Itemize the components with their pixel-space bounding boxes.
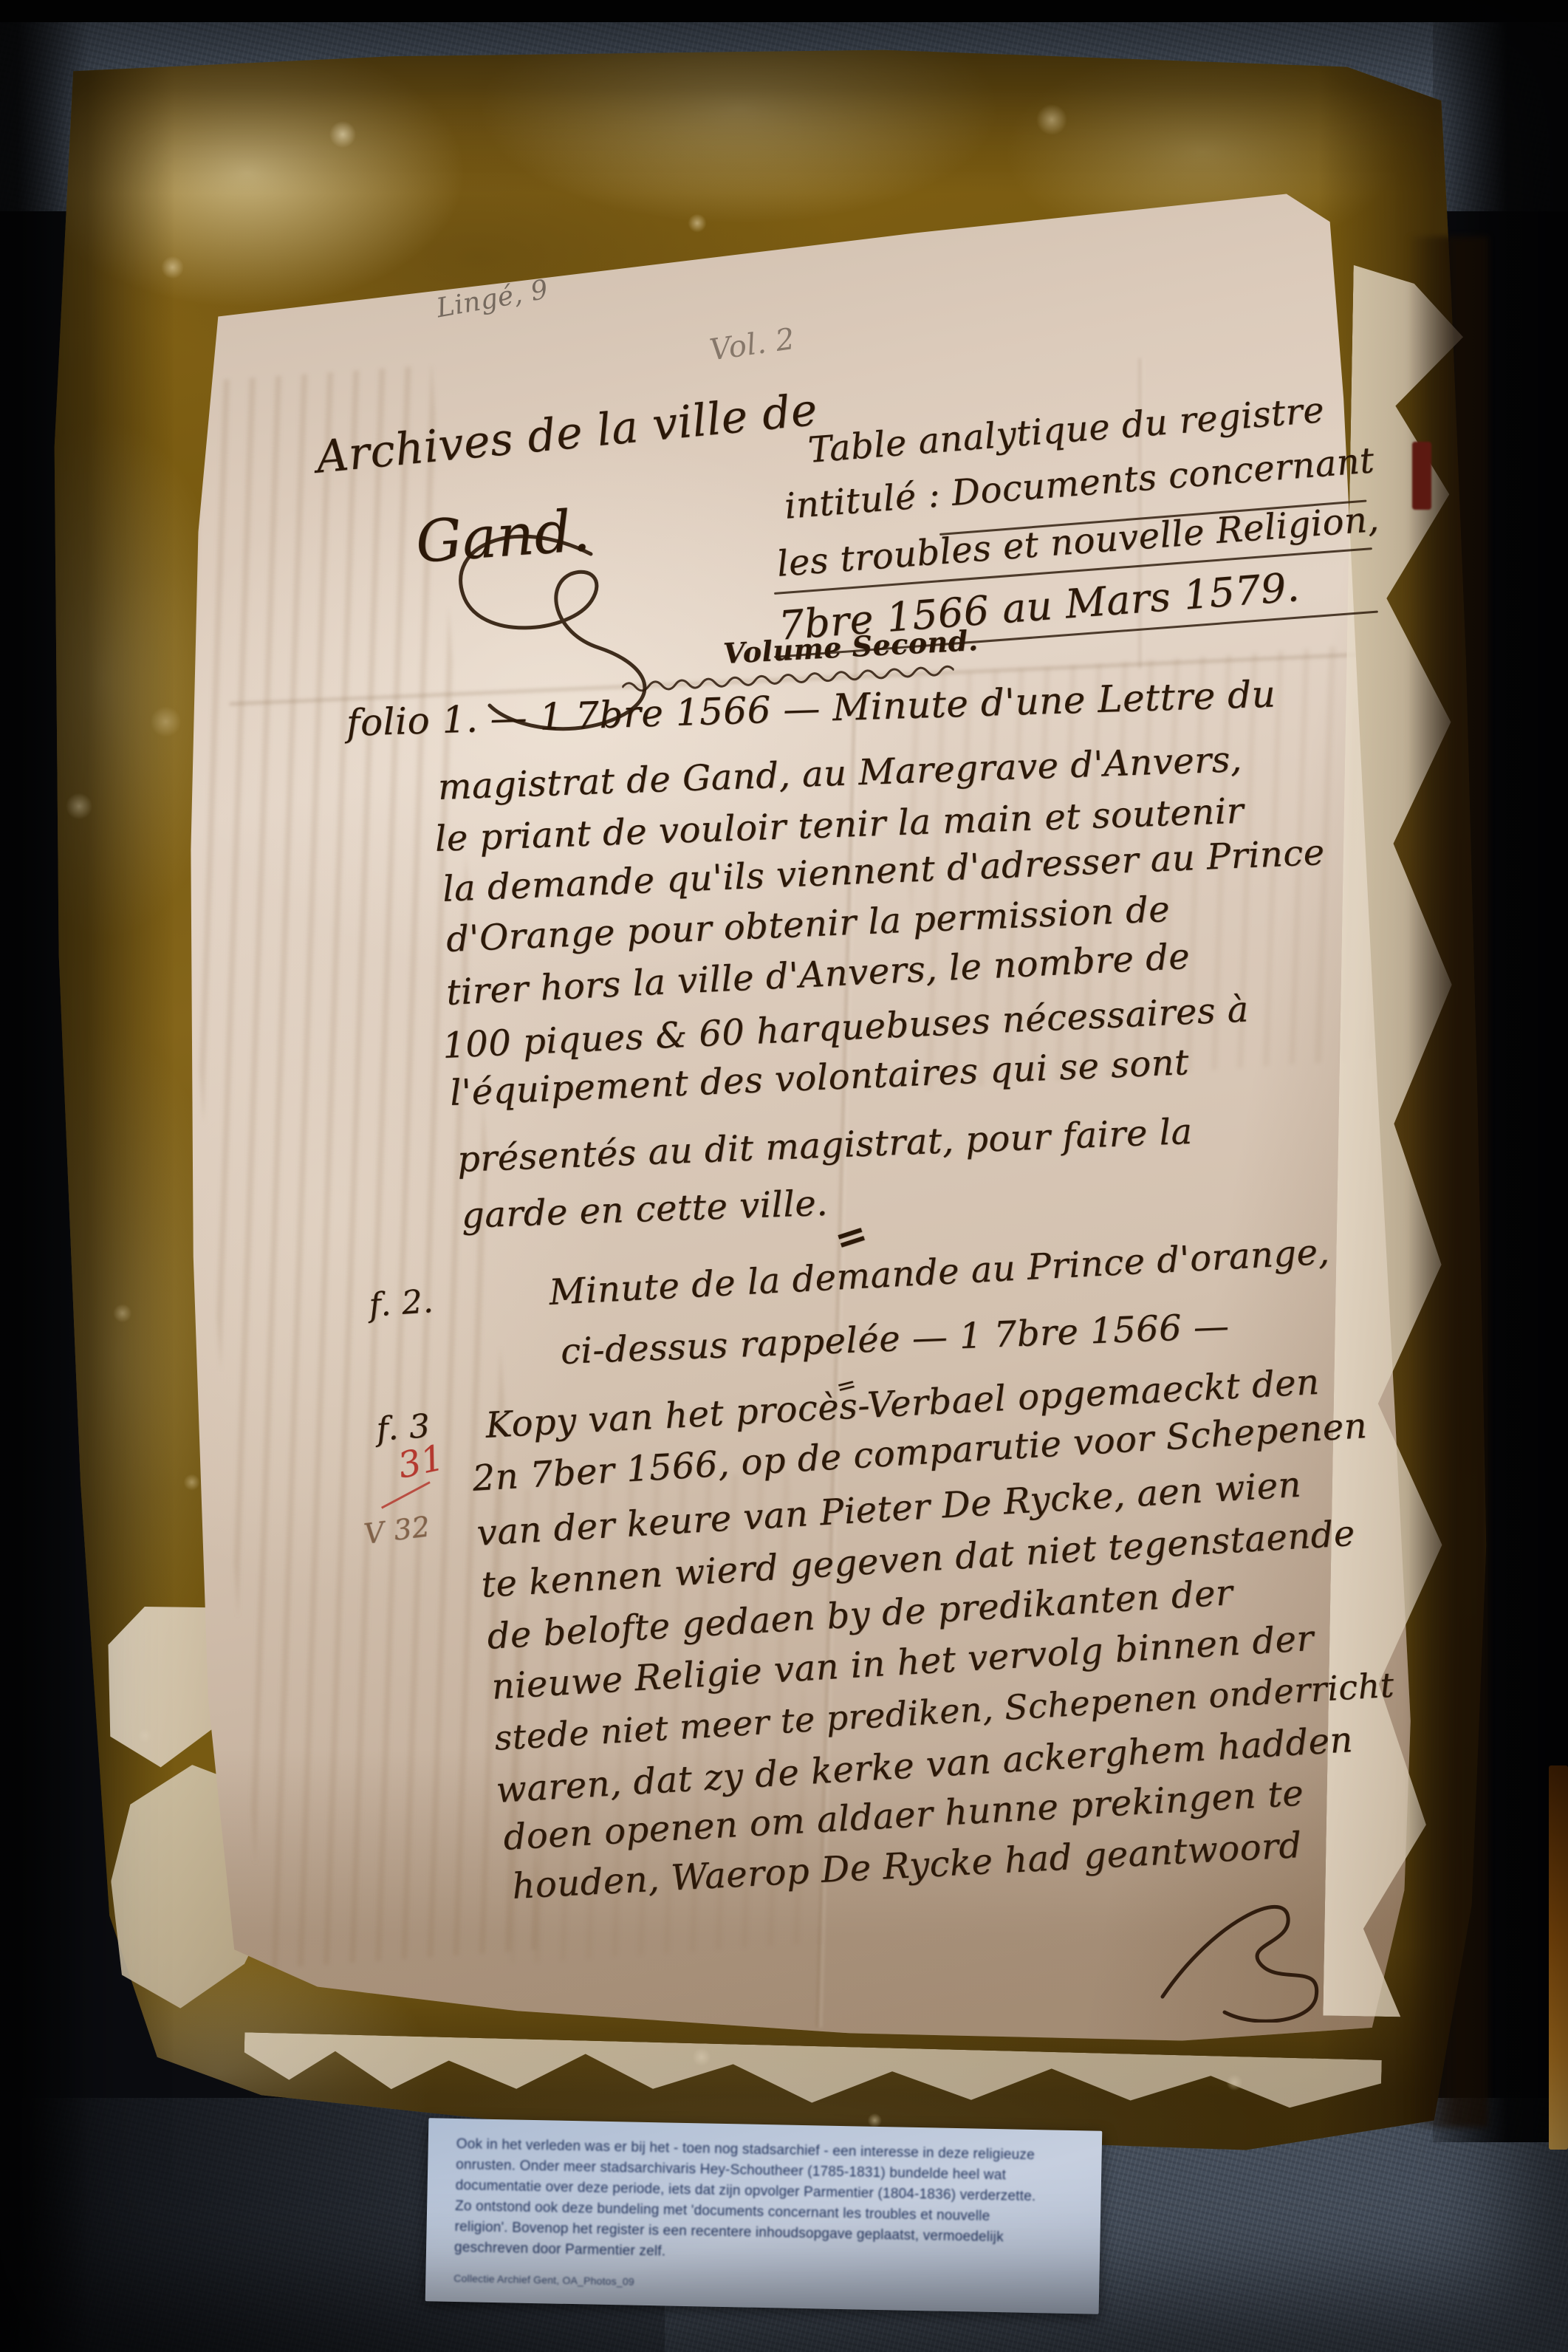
fore-edge-shadow (1407, 236, 1488, 2127)
case-top-black-strip (0, 0, 1568, 22)
label-collection-caption: Collectie Archief Gent, OA_Photos_09 (453, 2272, 634, 2288)
museum-display-photo: Lingé, 9 Vol. 2 Archives de la ville de … (0, 0, 1568, 2352)
museum-label-card: Ook in het verleden was er bij het - toe… (425, 2118, 1103, 2314)
closing-flourish (1146, 1875, 1331, 2023)
label-text-line: geschreven door Parmentier zelf. (454, 2240, 666, 2260)
entry-label: f. 2. (368, 1282, 435, 1324)
red-edge-mark (1412, 442, 1431, 510)
neighbor-object-orange-sliver (1549, 1765, 1568, 2150)
